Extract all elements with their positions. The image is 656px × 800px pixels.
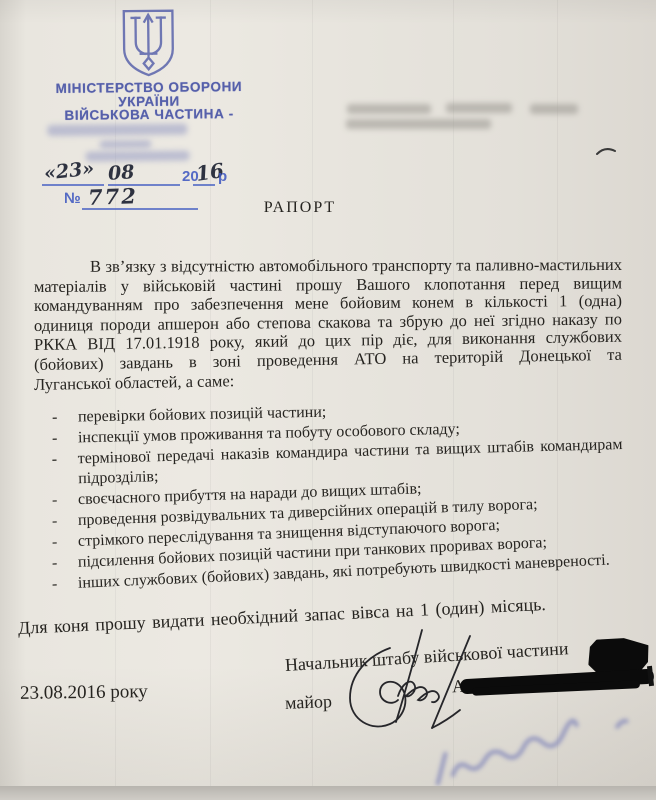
stamp-redacted-blur [86,151,190,162]
list-dash-marker: - [52,491,58,511]
date-month-handwritten: 08 [107,161,135,185]
signer-rank: майор [285,691,333,714]
list-dash-marker: - [52,408,58,428]
ukraine-trident-icon [118,8,179,79]
document-title: РАПОРТ [0,199,600,217]
addressee-blur [446,103,512,113]
scanned-report-photo: МІНІСТЕРСТВО ОБОРОНИ УКРАЇНИ ВІЙСЬКОВА Ч… [0,0,656,800]
list-item-text: перевірки бойових позицій частини; [78,404,327,426]
form-underline [193,184,215,186]
list-dash-marker: - [52,533,58,553]
addressee-blur [347,104,431,114]
addressee-blur [530,104,578,114]
stamp-org-line: ВІЙСЬКОВА ЧАСТИНА - [29,106,269,124]
footer-date: 23.08.2016 року [20,681,148,705]
list-dash-marker: - [52,575,58,595]
pen-tick-mark [594,143,618,159]
stamp-redacted-blur [99,140,151,149]
stamp-redacted-blur [47,124,187,136]
addressee-blur [346,119,491,129]
list-dash-marker: - [52,512,58,532]
photo-bottom-edge [0,786,656,800]
duty-list: - перевірки бойових позицій частини; - і… [50,408,623,596]
list-dash-marker: - [52,429,58,449]
list-dash-marker: - [51,450,57,470]
date-year-suffix-printed: р [218,168,227,185]
list-dash-marker: - [52,554,58,574]
main-paragraph: В зв’язку з відсутністю автомобільного т… [34,257,622,394]
